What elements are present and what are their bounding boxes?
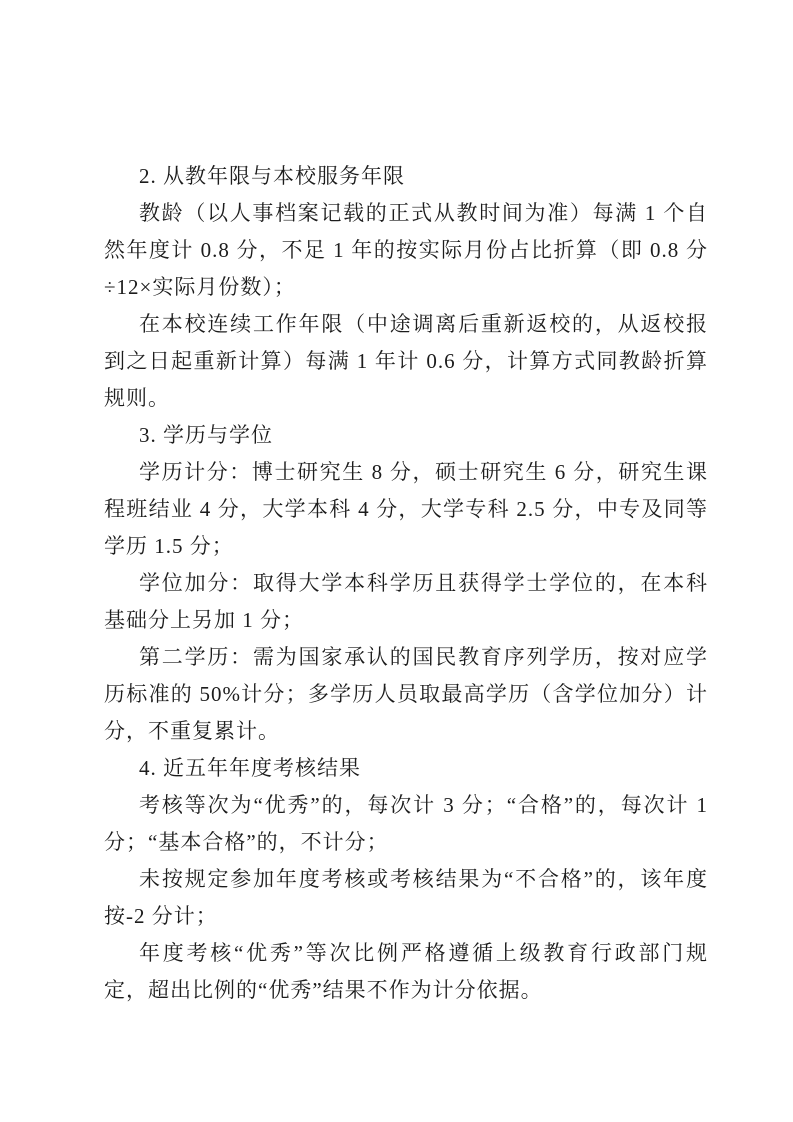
- heading-service-years: 2. 从教年限与本校服务年限: [104, 158, 708, 195]
- paragraph-excellent-quota: 年度考核“优秀”等次比例严格遵循上级教育行政部门规定，超出比例的“优秀”结果不作…: [104, 935, 708, 1009]
- heading-annual-appraisal: 4. 近五年年度考核结果: [104, 750, 708, 787]
- paragraph-appraisal-scores: 考核等次为“优秀”的，每次计 3 分；“合格”的，每次计 1 分；“基本合格”的…: [104, 787, 708, 861]
- paragraph-continuous-service: 在本校连续工作年限（中途调离后重新返校的，从返校报到之日起重新计算）每满 1 年…: [104, 306, 708, 417]
- heading-education-degree: 3. 学历与学位: [104, 417, 708, 454]
- document-body: 2. 从教年限与本校服务年限 教龄（以人事档案记载的正式从教时间为准）每满 1 …: [104, 158, 708, 1009]
- paragraph-appraisal-penalty: 未按规定参加年度考核或考核结果为“不合格”的，该年度按-2 分计；: [104, 861, 708, 935]
- paragraph-teaching-age: 教龄（以人事档案记载的正式从教时间为准）每满 1 个自然年度计 0.8 分，不足…: [104, 195, 708, 306]
- document-page: 2. 从教年限与本校服务年限 教龄（以人事档案记载的正式从教时间为准）每满 1 …: [0, 0, 793, 1122]
- paragraph-degree-bonus: 学位加分：取得大学本科学历且获得学士学位的，在本科基础分上另加 1 分；: [104, 565, 708, 639]
- paragraph-education-scoring: 学历计分：博士研究生 8 分，硕士研究生 6 分，研究生课程班结业 4 分，大学…: [104, 454, 708, 565]
- paragraph-second-degree: 第二学历：需为国家承认的国民教育序列学历，按对应学历标准的 50%计分；多学历人…: [104, 639, 708, 750]
